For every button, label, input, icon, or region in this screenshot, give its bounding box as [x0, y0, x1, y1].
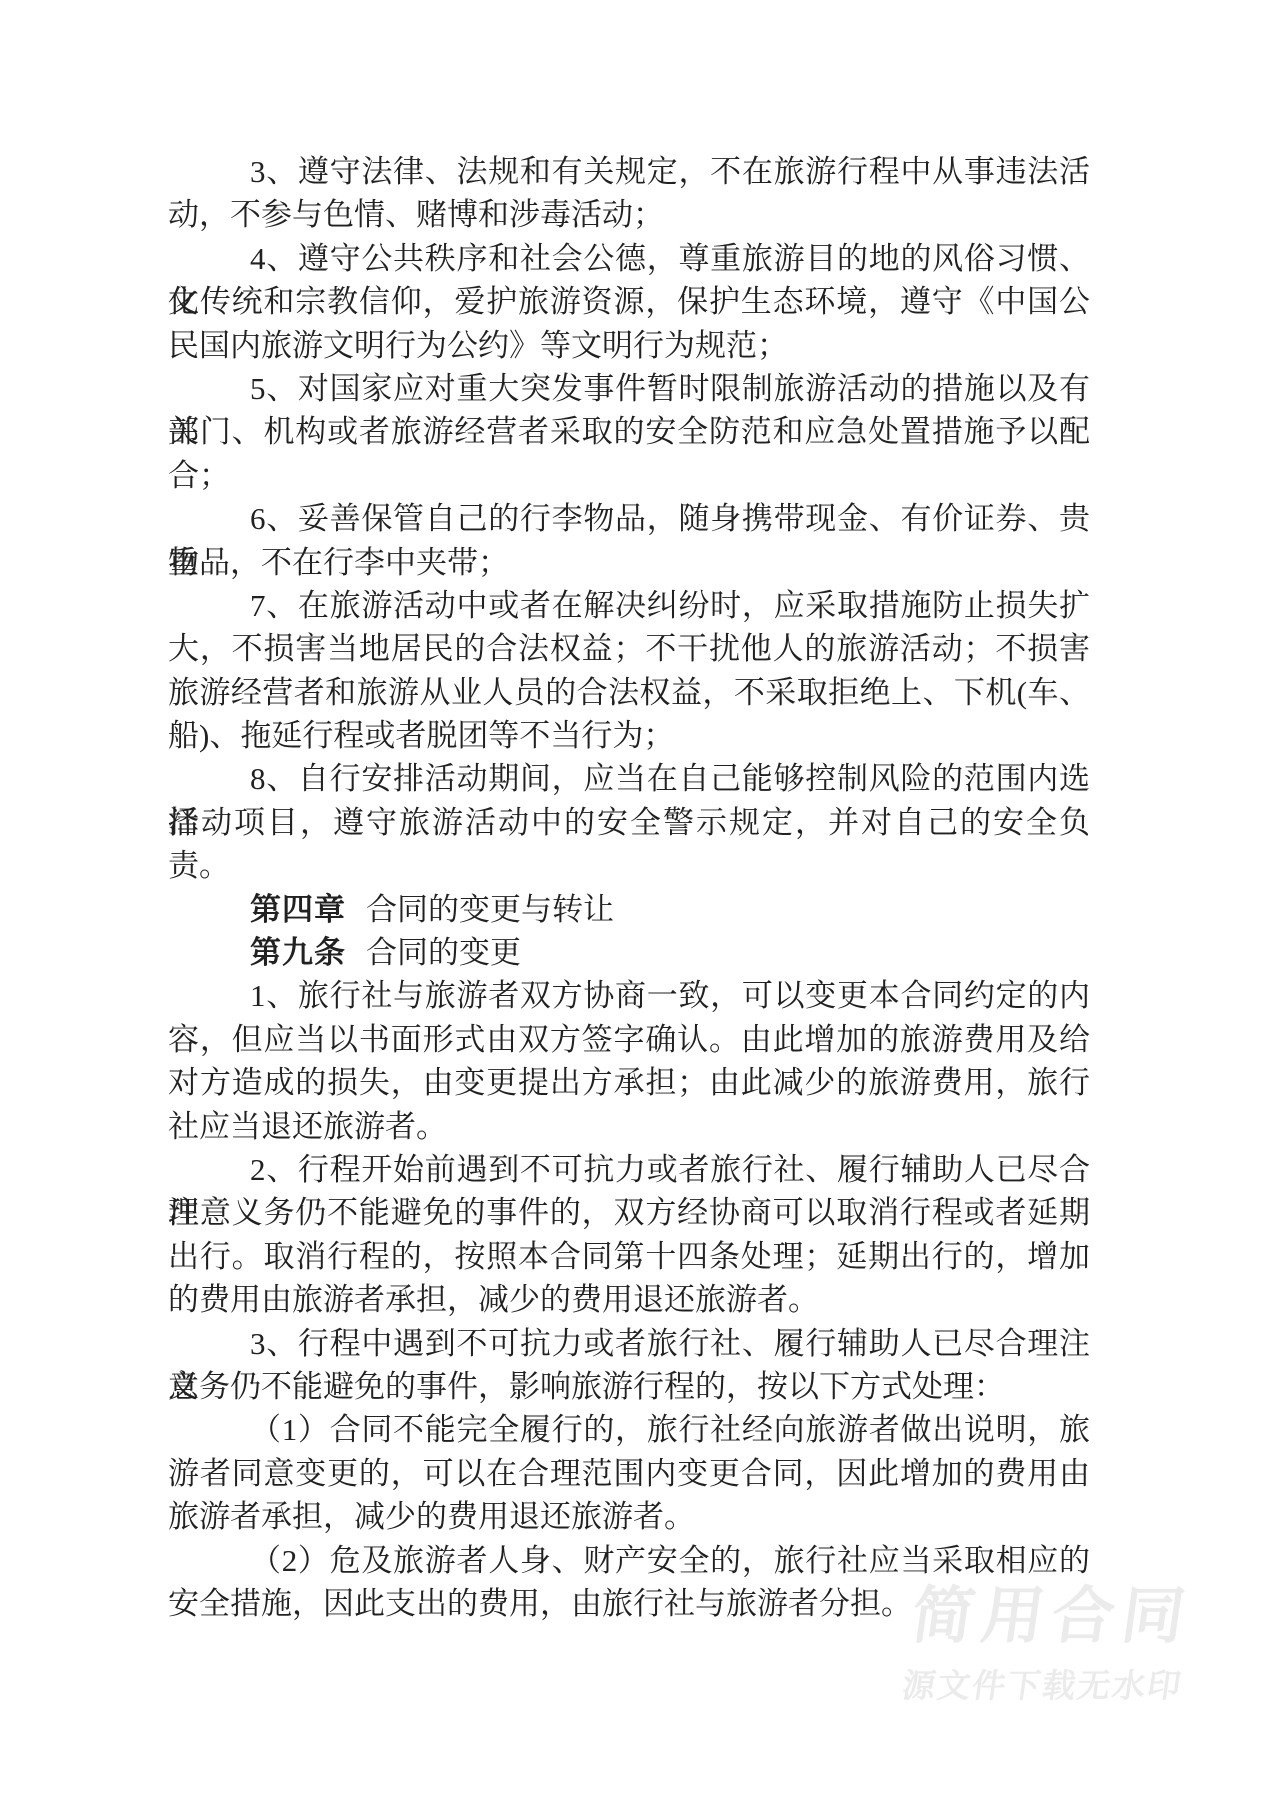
text-line: （1）合同不能完全履行的，旅行社经向旅游者做出说明，旅	[168, 1408, 1090, 1451]
text-line: 对方造成的损失，由变更提出方承担；由此减少的旅游费用，旅行	[168, 1061, 1090, 1104]
text-line: 旅游者承担，减少的费用退还旅游者。	[168, 1495, 1090, 1538]
text-line: 4、遵守公共秩序和社会公德，尊重旅游目的地的风俗习惯、文	[168, 237, 1090, 280]
text-line: 大，不损害当地居民的合法权益；不干扰他人的旅游活动；不损害	[168, 627, 1090, 670]
text-line: 出行。取消行程的，按照本合同第十四条处理；延期出行的，增加	[168, 1235, 1090, 1278]
text-line: 动，不参与色情、赌博和涉毒活动；	[168, 193, 1090, 236]
text-line: 1、旅行社与旅游者双方协商一致，可以变更本合同约定的内	[168, 974, 1090, 1017]
text-line: 合；	[168, 454, 1090, 497]
text-line: 3、遵守法律、法规和有关规定，不在旅游行程中从事违法活	[168, 150, 1090, 193]
text-line: 2、行程开始前遇到不可抗力或者旅行社、履行辅助人已尽合理	[168, 1148, 1090, 1191]
text-line: 注意义务仍不能避免的事件的，双方经协商可以取消行程或者延期	[168, 1191, 1090, 1234]
text-line: 部门、机构或者旅游经营者采取的安全防范和应急处置措施予以配	[168, 410, 1090, 453]
text-line: 责。	[168, 844, 1090, 887]
watermark-subtitle: 源文件下载无水印	[900, 1669, 1185, 1703]
text-line: 旅游经营者和旅游从业人员的合法权益，不采取拒绝上、下机(车、	[168, 671, 1090, 714]
text-line: 安全措施，因此支出的费用，由旅行社与旅游者分担。	[168, 1582, 1090, 1625]
text-line: 活动项目，遵守旅游活动中的安全警示规定，并对自己的安全负	[168, 801, 1090, 844]
text-line: 民国内旅游文明行为公约》等文明行为规范；	[168, 324, 1090, 367]
text-line: 船)、拖延行程或者脱团等不当行为；	[168, 714, 1090, 757]
document-body: 3、遵守法律、法规和有关规定，不在旅游行程中从事违法活动，不参与色情、赌博和涉毒…	[168, 150, 1090, 1625]
text-line: 7、在旅游活动中或者在解决纠纷时，应采取措施防止损失扩	[168, 584, 1090, 627]
chapter-heading-number: 第四章	[250, 892, 346, 927]
text-line: （2）危及旅游者人身、财产安全的，旅行社应当采取相应的	[168, 1539, 1090, 1582]
text-line: 5、对国家应对重大突发事件暂时限制旅游活动的措施以及有关	[168, 367, 1090, 410]
text-line: 物品，不在行李中夹带；	[168, 541, 1090, 584]
chapter-heading-line: 第九条合同的变更	[168, 931, 1090, 974]
chapter-heading-number: 第九条	[250, 935, 346, 970]
text-line: 化传统和宗教信仰，爱护旅游资源，保护生态环境，遵守《中国公	[168, 280, 1090, 323]
text-line: 的费用由旅游者承担，减少的费用退还旅游者。	[168, 1278, 1090, 1321]
text-line: 8、自行安排活动期间，应当在自己能够控制风险的范围内选择	[168, 757, 1090, 800]
chapter-heading-line: 第四章合同的变更与转让	[168, 888, 1090, 931]
text-line: 义务仍不能避免的事件，影响旅游行程的，按以下方式处理：	[168, 1365, 1090, 1408]
chapter-heading-title: 合同的变更与转让	[366, 892, 614, 927]
text-line: 容，但应当以书面形式由双方签字确认。由此增加的旅游费用及给	[168, 1018, 1090, 1061]
text-line: 游者同意变更的，可以在合理范围内变更合同，因此增加的费用由	[168, 1452, 1090, 1495]
text-line: 6、妥善保管自己的行李物品，随身携带现金、有价证券、贵重	[168, 497, 1090, 540]
text-line: 社应当退还旅游者。	[168, 1105, 1090, 1148]
document-page: 3、遵守法律、法规和有关规定，不在旅游行程中从事违法活动，不参与色情、赌博和涉毒…	[0, 0, 1280, 1810]
chapter-heading-title: 合同的变更	[366, 935, 521, 970]
text-line: 3、行程中遇到不可抗力或者旅行社、履行辅助人已尽合理注意	[168, 1322, 1090, 1365]
